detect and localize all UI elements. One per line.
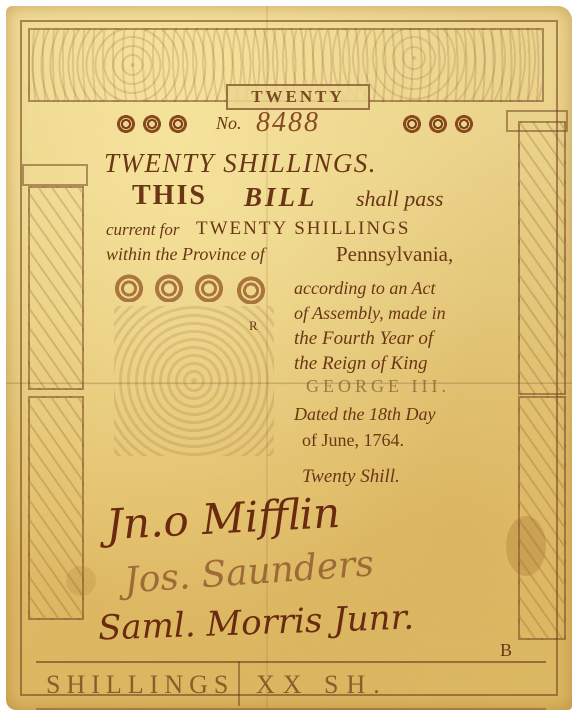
act-text-line: GEORGE III. [306, 376, 450, 397]
colonial-banknote: TWENTY No. 8488 TWENTY SHILLINGS. THIS B… [6, 6, 572, 710]
left-pillar-capital [22, 164, 88, 186]
date-text-line: Dated the 18th Day [294, 404, 435, 425]
crown-icon [234, 274, 268, 304]
current-for-text: current for [106, 220, 180, 240]
rosette-icon [116, 114, 136, 134]
this-label: THIS [132, 180, 207, 212]
rosette-icon [168, 114, 188, 134]
seal-mark: R [249, 318, 258, 334]
right-pillar-upper [518, 121, 566, 395]
left-pillar-upper [28, 186, 84, 390]
twenty-shillings-text: TWENTY SHILLINGS [196, 218, 410, 240]
bottom-band-divider [238, 661, 240, 706]
rosette-icon [454, 114, 474, 134]
bottom-left-text: SHILLINGS [46, 670, 234, 700]
serial-number: 8488 [256, 107, 320, 139]
value-text-line: Twenty Shill. [302, 466, 400, 488]
age-stain [66, 566, 96, 596]
pennsylvania-text: Pennsylvania, [336, 242, 453, 267]
rosette-icon [402, 114, 422, 134]
crown-icon [152, 272, 186, 302]
serial-prefix: No. [216, 113, 242, 134]
bottom-right-text: XX SH. [256, 670, 388, 700]
rosette-icon [428, 114, 448, 134]
rosette-icon [142, 114, 162, 134]
date-text-line: of June, 1764. [302, 430, 404, 451]
shall-pass-text: shall pass [356, 186, 443, 212]
crown-icon [192, 272, 226, 302]
plate-letter: B [500, 640, 512, 661]
act-text-line: of Assembly, made in [294, 303, 446, 324]
province-text: within the Province of [106, 244, 265, 265]
bill-label: BILL [244, 182, 318, 213]
act-text-line: the Reign of King [294, 353, 428, 375]
age-stain [506, 516, 546, 576]
heading-denomination: TWENTY SHILLINGS. [104, 148, 377, 179]
crown-icon [112, 272, 146, 302]
act-text-line: the Fourth Year of [294, 328, 433, 350]
act-text-line: according to an Act [294, 278, 435, 299]
